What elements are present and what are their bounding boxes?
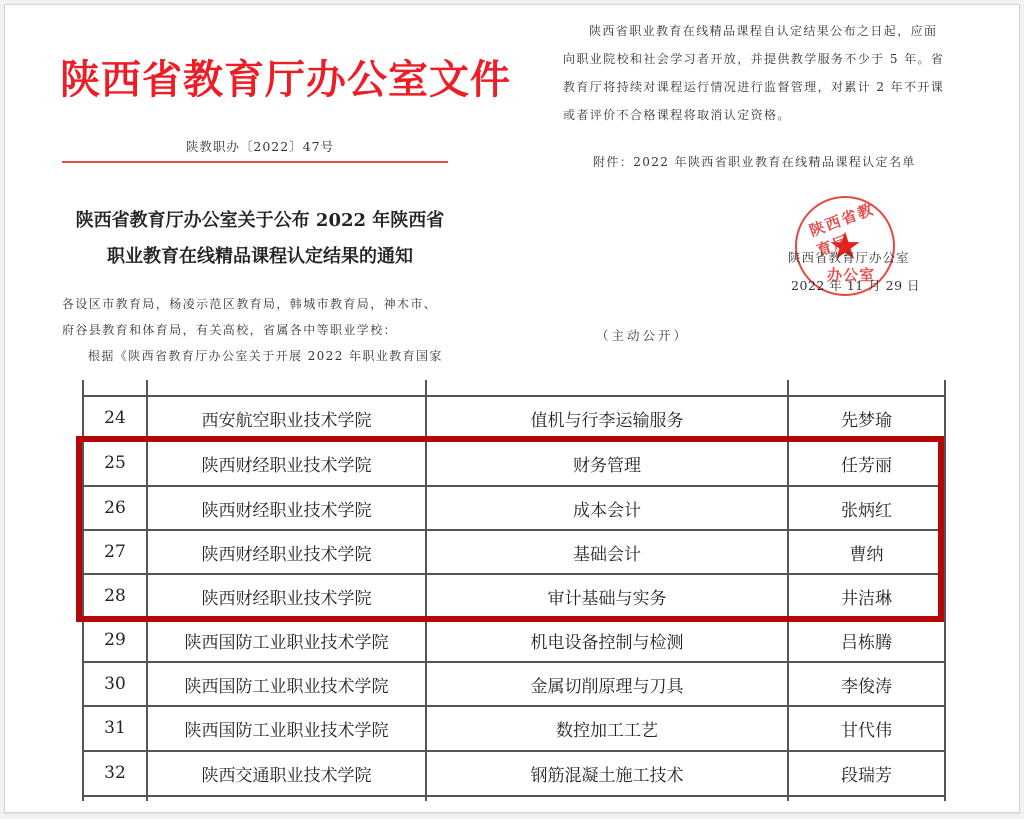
closing-paragraph: 陕西省职业教育在线精品课程自认定结果公布之日起，应面 向职业院校和社会学习者开放… (563, 18, 963, 130)
cell-school: 陕西国防工业职业技术学院 (148, 618, 425, 662)
cell-school: 陕西交通职业技术学院 (148, 751, 425, 795)
cell-lead: 李俊涛 (789, 662, 944, 706)
letterhead-title: 陕西省教育厅办公室文件 (60, 48, 460, 105)
signature-date: 2022 年 11 月 29 日 (791, 276, 920, 294)
highlight-box (76, 436, 944, 622)
cell-number: 31 (84, 706, 146, 750)
signer: 陕西省教育厅办公室 (788, 248, 910, 266)
cell-lead: 甘代伟 (789, 706, 944, 750)
document-number: 陕教职办〔2022〕47号 (60, 137, 460, 155)
cell-school: 陕西国防工业职业技术学院 (148, 662, 425, 706)
closing-line-2: 向职业院校和社会学习者开放，并提供教学服务不少于 5 年。省 (563, 46, 963, 74)
disclosure-label: （主动公开） (596, 326, 689, 344)
letterhead-divider (62, 161, 448, 163)
notice-title-line-1: 陕西省教育厅办公室关于公布 2022 年陕西省 (55, 203, 465, 239)
cell-course: 钢筋混凝土施工技术 (427, 751, 787, 795)
notice-title-line-2: 职业教育在线精品课程认定结果的通知 (55, 239, 465, 275)
cell-number: 32 (84, 751, 146, 795)
table-border-right (944, 380, 946, 801)
cell-course: 金属切削原理与刀具 (427, 662, 787, 706)
cell-school: 陕西国防工业职业技术学院 (148, 706, 425, 750)
body-first-line: 根据《陕西省教育厅办公室关于开展 2022 年职业教育国家 (62, 343, 443, 369)
closing-line-3: 教育厅将持续对课程运行情况进行监督管理，对累计 2 年不开课 (563, 74, 963, 102)
attachment-line: 附件：2022 年陕西省职业教育在线精品课程认定名单 (593, 149, 916, 175)
cell-number: 29 (84, 618, 146, 662)
cell-number: 24 (84, 396, 146, 440)
cell-course: 机电设备控制与检测 (427, 618, 787, 662)
addressee-block: 各设区市教育局，杨凌示范区教育局，韩城市教育局，神木市、 府谷县教育和体育局，有… (62, 291, 443, 369)
addressee-line-1: 各设区市教育局，杨凌示范区教育局，韩城市教育局，神木市、 (62, 291, 443, 317)
closing-line-1: 陕西省职业教育在线精品课程自认定结果公布之日起，应面 (563, 18, 963, 46)
table-row-line (82, 795, 946, 797)
cell-lead: 段瑞芳 (789, 751, 944, 795)
cell-lead: 吕栋腾 (789, 618, 944, 662)
cell-course: 值机与行李运输服务 (427, 396, 787, 440)
cell-number: 30 (84, 662, 146, 706)
cell-lead: 先梦瑜 (789, 396, 944, 440)
addressee-line-2: 府谷县教育和体育局，有关高校，省属各中等职业学校： (62, 317, 443, 343)
cell-course: 数控加工工艺 (427, 706, 787, 750)
notice-title: 陕西省教育厅办公室关于公布 2022 年陕西省 职业教育在线精品课程认定结果的通… (55, 203, 465, 275)
closing-line-4: 或者评价不合格课程将取消认定资格。 (563, 102, 963, 130)
cell-school: 西安航空职业技术学院 (148, 396, 425, 440)
